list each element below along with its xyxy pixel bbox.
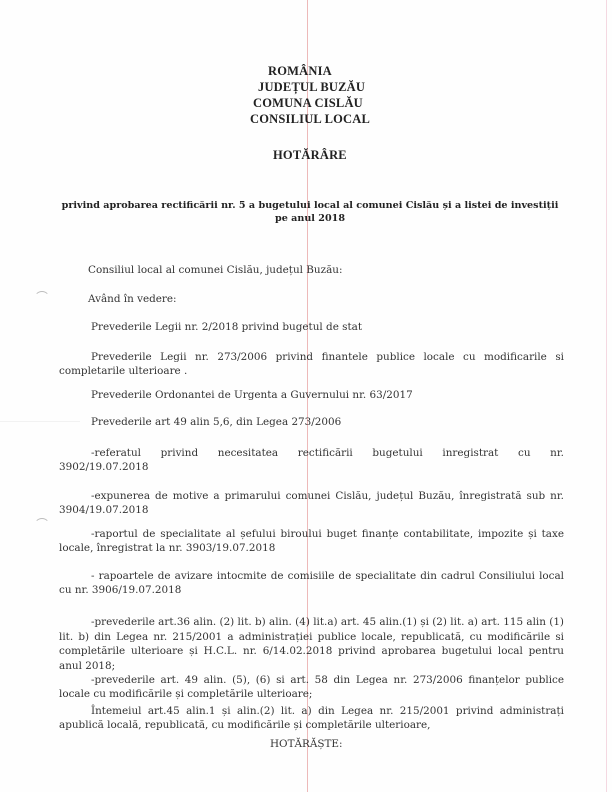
decision-heading: HOTĂRĂȘTE: — [270, 738, 342, 750]
paragraph: Prevederile Legii nr. 273/2006 privind f… — [59, 350, 564, 378]
scan-edge-line — [606, 0, 607, 792]
header-council: CONSILIUL LOCAL — [250, 112, 370, 127]
paragraph: -prevederile art. 49 alin. (5), (6) si a… — [59, 673, 564, 701]
paragraph: Prevederile Ordonantei de Urgenta a Guve… — [59, 388, 564, 402]
document-subtitle: privind aprobarea rectificării nr. 5 a b… — [60, 199, 560, 225]
document-type: HOTĂRÂRE — [273, 148, 347, 163]
paragraph: Prevederile Legii nr. 2/2018 privind bug… — [59, 320, 564, 334]
punch-hole-mark — [34, 518, 50, 534]
paragraph: -expunerea de motive a primarului comune… — [59, 489, 564, 517]
paragraph: -prevederile art.36 alin. (2) lit. b) al… — [59, 615, 564, 673]
paragraph: Prevederile art 49 alin 5,6, din Legea 2… — [59, 415, 564, 429]
council-line: Consiliul local al comunei Cislău, județ… — [88, 264, 342, 276]
paragraph: -raportul de specialitate al șefului bir… — [59, 527, 564, 555]
considering-line: Având în vedere: — [88, 293, 177, 305]
header-country: ROMÂNIA — [268, 64, 332, 79]
paragraph: Întemeiul art.45 alin.1 și alin.(2) lit.… — [59, 704, 564, 732]
header-commune: COMUNA CISLĂU — [253, 96, 363, 111]
paragraph: -referatul privind necesitatea rectifică… — [59, 446, 564, 474]
punch-hole-mark — [34, 291, 50, 307]
header-county: JUDEȚUL BUZĂU — [258, 80, 365, 95]
paragraph: - rapoartele de avizare intocmite de com… — [59, 569, 564, 597]
document-page: ROMÂNIA JUDEȚUL BUZĂU COMUNA CISLĂU CONS… — [0, 0, 612, 792]
